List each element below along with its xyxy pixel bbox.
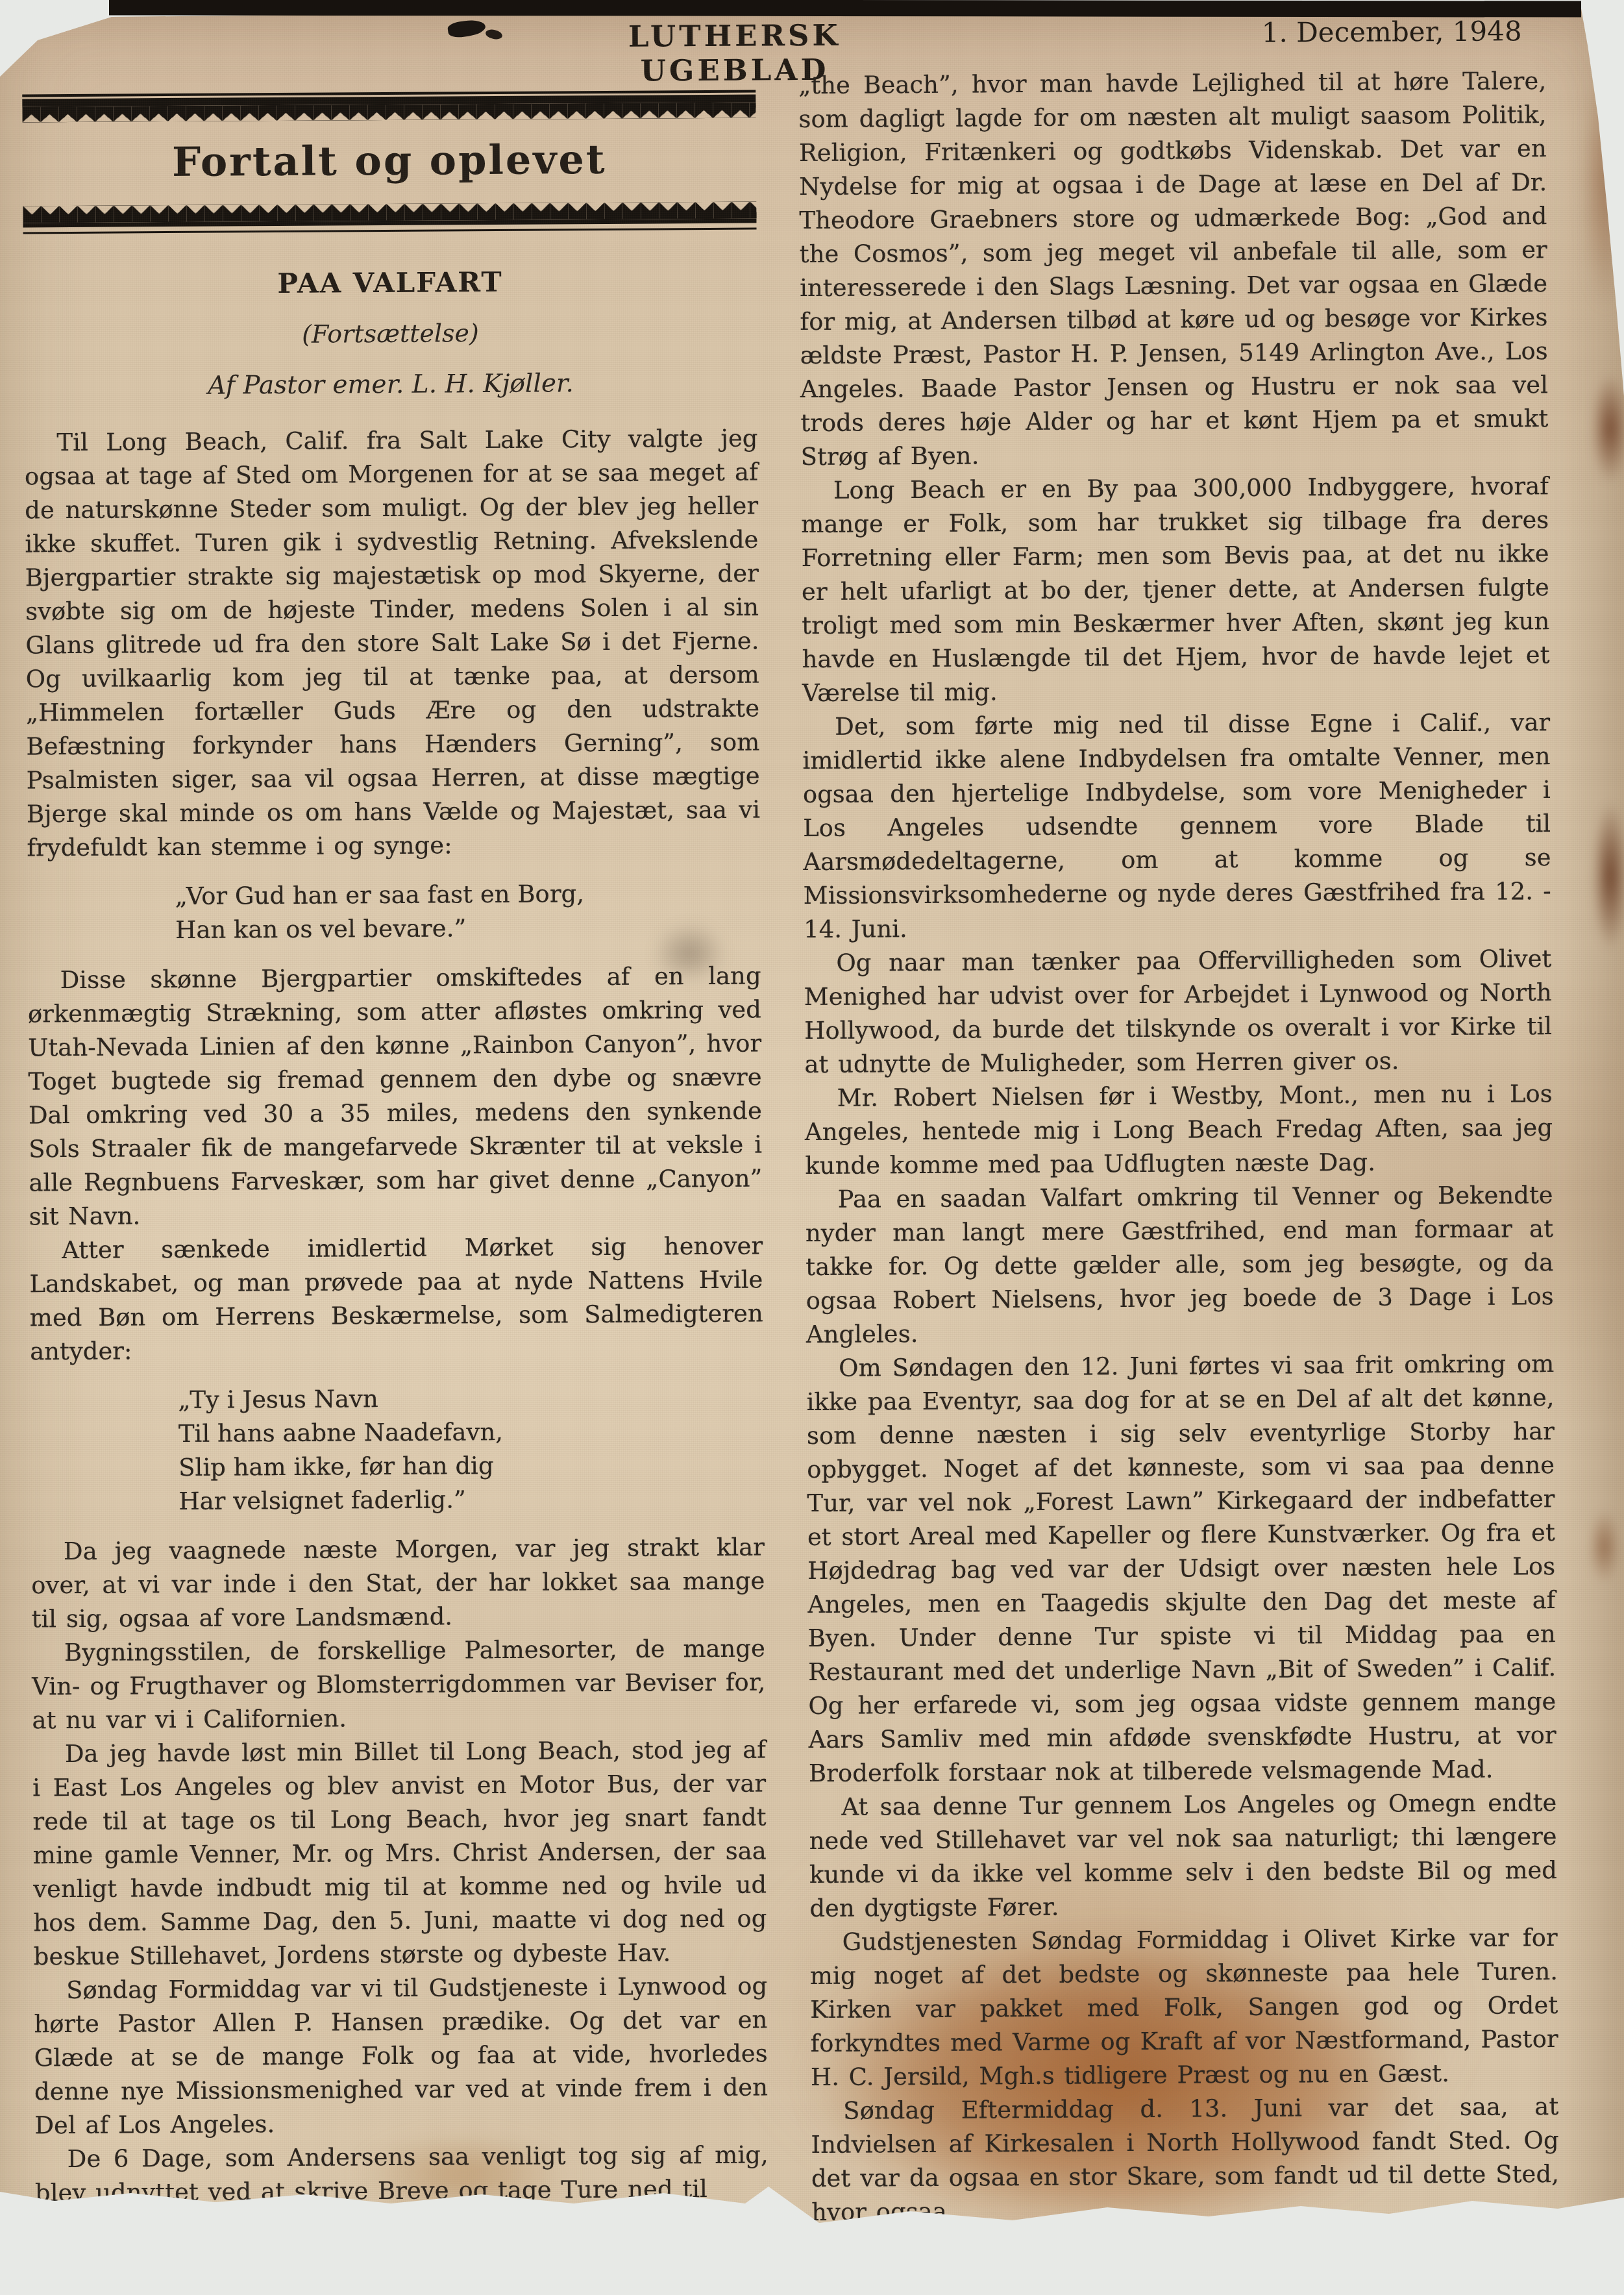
article-paragraph: Det, som førte mig ned til disse Egne i … — [802, 706, 1551, 947]
article-paragraph: Mr. Robert Nielsen før i Westby, Mont., … — [805, 1077, 1553, 1183]
article-paragraph: Paa en saadan Valfart omkring til Venner… — [805, 1178, 1554, 1352]
article-paragraph: Gudstjenesten Søndag Formiddag i Olivet … — [809, 1921, 1558, 2094]
article-paragraph: At saa denne Tur gennem Los Angeles og O… — [809, 1786, 1557, 1926]
scan-edge-artifact — [109, 0, 1581, 18]
left-column: Fortalt og oplevet PAA VALFART (Fortsætt… — [22, 90, 769, 2211]
article-paragraph: Long Beach er en By paa 300,000 Indbygge… — [801, 469, 1550, 710]
article-paragraph: De 6 Dage, som Andersens saa venligt tog… — [35, 2138, 769, 2210]
article-paragraph: Da jeg vaagnede næste Morgen, var jeg st… — [31, 1530, 765, 1636]
section-title: Fortalt og oplevet — [23, 135, 756, 187]
verse-line: Slip ham ikke, før han dig — [178, 1447, 764, 1485]
article-paragraph: Disse skønne Bjergpartier omskiftedes af… — [27, 959, 763, 1234]
continuation-note: (Fortsættelse) — [23, 317, 757, 350]
zigzag-ornament-bottom — [23, 202, 756, 234]
hymn-verse: „Vor Gud han er saa fast en Borg, Han ka… — [175, 876, 761, 947]
article-paragraph: Bygningsstilen, de forskellige Palmesort… — [32, 1631, 766, 1737]
verse-line: Han kan os vel bevare.” — [175, 910, 761, 947]
article-paragraph: Atter sænkede imidlertid Mørket sig heno… — [29, 1229, 763, 1369]
printed-content: LUTHERSK UGEBLAD 1. December, 1948 Forta… — [0, 0, 1624, 2295]
right-column: „the Beach”, hvor man havde Lejlighed ti… — [798, 64, 1559, 2229]
verse-line: „Vor Gud han er saa fast en Borg, — [175, 876, 761, 913]
issue-date: 1. December, 1948 — [1262, 15, 1567, 49]
article-paragraph: Og naar man tænker paa Offervilligheden … — [804, 942, 1552, 1082]
article-paragraph: Søndag Eftermiddag d. 13. Juni var det s… — [811, 2090, 1559, 2229]
zigzag-ornament-top — [22, 90, 756, 123]
hymn-verse: „Ty i Jesus Navn Til hans aabne Naadefav… — [178, 1380, 764, 1519]
article-paragraph: Til Long Beach, Calif. fra Salt Lake Cit… — [24, 421, 760, 865]
newspaper-clipping: LUTHERSK UGEBLAD 1. December, 1948 Forta… — [0, 0, 1624, 2295]
article-paragraph: Søndag Formiddag var vi til Gudstjeneste… — [34, 1969, 769, 2142]
scanned-newspaper-page: LUTHERSK UGEBLAD 1. December, 1948 Forta… — [0, 0, 1624, 2295]
byline: Af Pastor emer. L. H. Kjøller. — [24, 367, 757, 401]
article-paragraph: Om Søndagen den 12. Juni førtes vi saa f… — [806, 1347, 1556, 1791]
article-paragraph: „the Beach”, hvor man havde Lejlighed ti… — [798, 64, 1549, 474]
article-title: PAA VALFART — [23, 265, 757, 301]
verse-line: Har velsignet faderlig.” — [178, 1481, 764, 1519]
article-paragraph: Da jeg havde løst min Billet til Long Be… — [32, 1733, 767, 1974]
verse-line: „Ty i Jesus Navn — [178, 1380, 763, 1417]
verse-line: Til hans aabne Naadefavn, — [178, 1413, 764, 1451]
